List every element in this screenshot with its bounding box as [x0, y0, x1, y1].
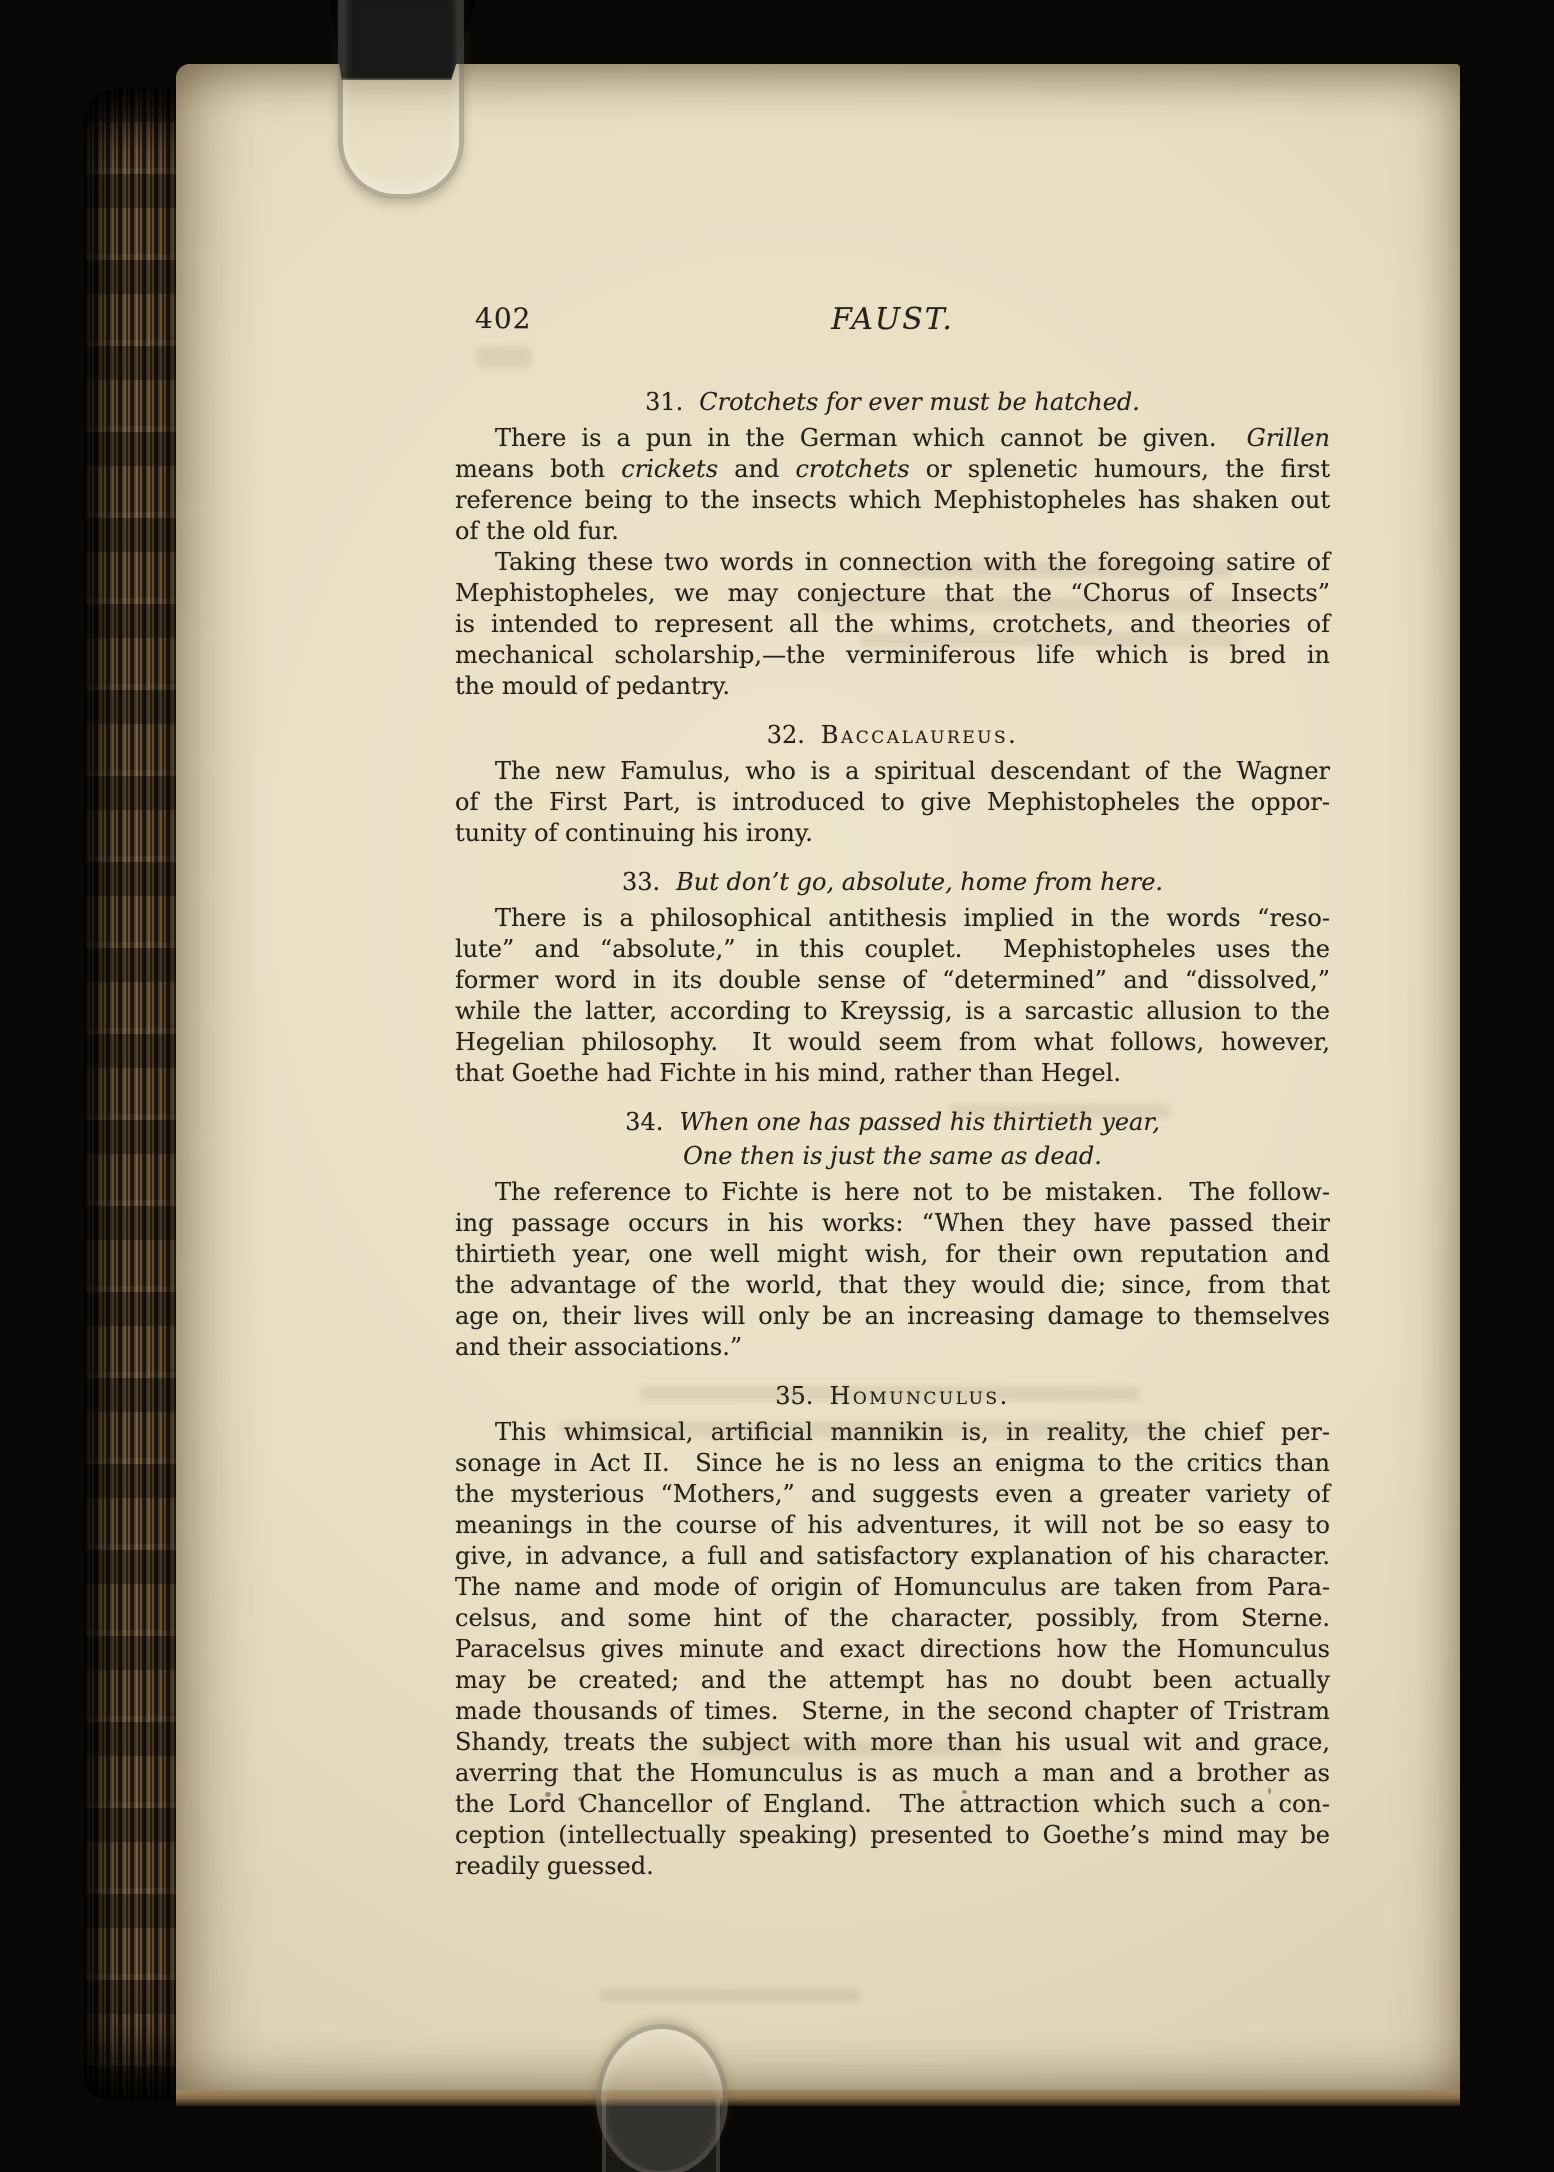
- section: 32.Baccalaureus.The new Famulus, who is …: [455, 719, 1330, 849]
- section-heading-line: One then is just the same as dead.: [455, 1140, 1330, 1174]
- text-line: that Goethe had Fichte in his mind, rath…: [455, 1058, 1330, 1089]
- text-line: tunity of continuing his irony.: [455, 818, 1330, 849]
- section-heading: 34.When one has passed his thirtieth yea…: [455, 1106, 1330, 1174]
- page-header: 402 FAUST.: [455, 302, 1330, 338]
- text-line: is intended to represent all the whims, …: [455, 609, 1330, 640]
- running-title: FAUST.: [455, 302, 1330, 337]
- text-line: The new Famulus, who is a spiritual desc…: [455, 756, 1330, 787]
- section-title: When one has passed his thirtieth year,: [679, 1108, 1159, 1136]
- text-line: the advantage of the world, that they wo…: [455, 1270, 1330, 1301]
- text-line: There is a pun in the German which canno…: [455, 423, 1330, 454]
- section-heading-line: 31.Crotchets for ever must be hatched.: [455, 386, 1330, 420]
- section-heading: 32.Baccalaureus.: [455, 719, 1330, 753]
- section: 34.When one has passed his thirtieth yea…: [455, 1106, 1330, 1363]
- section-title: One then is just the same as dead.: [683, 1142, 1102, 1170]
- section-number: 32.: [767, 721, 805, 749]
- text-line: ception (intellectually speaking) presen…: [455, 1820, 1330, 1851]
- section-heading: 35.Homunculus.: [455, 1380, 1330, 1414]
- text-line: averring that the Homunculus is as much …: [455, 1758, 1330, 1789]
- text-line: of the old fur.: [455, 516, 1330, 547]
- section: 33.But don’t go, absolute, home from her…: [455, 866, 1330, 1089]
- section-title: But don’t go, absolute, home from here.: [676, 868, 1163, 896]
- text-line: reference being to the insects which Mep…: [455, 485, 1330, 516]
- text-line: This whimsical, artificial mannikin is, …: [455, 1417, 1330, 1448]
- text-line: the mysterious “Mothers,” and suggests e…: [455, 1479, 1330, 1510]
- text-line: celsus, and some hint of the character, …: [455, 1603, 1330, 1634]
- text-line: former word in its double sense of “dete…: [455, 965, 1330, 996]
- book-photograph: { "page_header": { "page_number": "402",…: [0, 0, 1554, 2172]
- section-heading-line: 35.Homunculus.: [455, 1380, 1330, 1414]
- text-line: Shandy, treats the subject with more tha…: [455, 1727, 1330, 1758]
- page-bottom-edge: [176, 2090, 1460, 2106]
- text-line: made thousands of times. Sterne, in the …: [455, 1696, 1330, 1727]
- text-line: ing passage occurs in his works: “When t…: [455, 1208, 1330, 1239]
- section: 35.Homunculus.This whimsical, artificial…: [455, 1380, 1330, 1882]
- section: 31.Crotchets for ever must be hatched.Th…: [455, 386, 1330, 702]
- top-holding-strap: [338, 0, 464, 199]
- show-through-smudge: [600, 1989, 860, 2002]
- text-line: Paracelsus gives minute and exact direct…: [455, 1634, 1330, 1665]
- text-line: means both crickets and crotchets or spl…: [455, 454, 1330, 485]
- text-line: thirtieth year, one well might wish, for…: [455, 1239, 1330, 1270]
- text-line: sonage in Act II. Since he is no less an…: [455, 1448, 1330, 1479]
- section-heading: 31.Crotchets for ever must be hatched.: [455, 386, 1330, 420]
- text-line: the mould of pedantry.: [455, 671, 1330, 702]
- text-line: age on, their lives will only be an incr…: [455, 1301, 1330, 1332]
- text-line: mechanical scholarship,—the verminiferou…: [455, 640, 1330, 671]
- section-title: Crotchets for ever must be hatched.: [699, 388, 1140, 416]
- section-number: 35.: [775, 1382, 813, 1410]
- section-title: Baccalaureus.: [821, 721, 1018, 749]
- section-number: 33.: [622, 868, 660, 896]
- section-number: 34.: [625, 1108, 663, 1136]
- text-line: There is a philosophical antithesis impl…: [455, 903, 1330, 934]
- text-line: The name and mode of origin of Homunculu…: [455, 1572, 1330, 1603]
- text-block: 402 FAUST. 31.Crotchets for ever must be…: [455, 302, 1330, 1882]
- bottom-holding-strap-loop: [596, 2024, 728, 2172]
- section-title: Homunculus.: [829, 1382, 1009, 1410]
- text-line: may be created; and the attempt has no d…: [455, 1665, 1330, 1696]
- section-heading-line: 32.Baccalaureus.: [455, 719, 1330, 753]
- text-line: Taking these two words in connection wit…: [455, 547, 1330, 578]
- book-page: 402 FAUST. 31.Crotchets for ever must be…: [176, 64, 1460, 2092]
- text-line: and their associations.”: [455, 1332, 1330, 1363]
- text-line: the Lord Chancellor of England. The attr…: [455, 1789, 1330, 1820]
- text-line: of the First Part, is introduced to give…: [455, 787, 1330, 818]
- text-line: give, in advance, a full and satisfactor…: [455, 1541, 1330, 1572]
- text-line: Mephistopheles, we may conjecture that t…: [455, 578, 1330, 609]
- text-line: while the latter, according to Kreyssig,…: [455, 996, 1330, 1027]
- text-line: Hegelian philosophy. It would seem from …: [455, 1027, 1330, 1058]
- section-heading-line: 34.When one has passed his thirtieth yea…: [455, 1106, 1330, 1140]
- section-number: 31.: [645, 388, 683, 416]
- section-heading: 33.But don’t go, absolute, home from her…: [455, 866, 1330, 900]
- text-line: The reference to Fichte is here not to b…: [455, 1177, 1330, 1208]
- sections: 31.Crotchets for ever must be hatched.Th…: [455, 386, 1330, 1882]
- text-line: meanings in the course of his adventures…: [455, 1510, 1330, 1541]
- section-heading-line: 33.But don’t go, absolute, home from her…: [455, 866, 1330, 900]
- text-line: lute” and “absolute,” in this couplet. M…: [455, 934, 1330, 965]
- text-line: readily guessed.: [455, 1851, 1330, 1882]
